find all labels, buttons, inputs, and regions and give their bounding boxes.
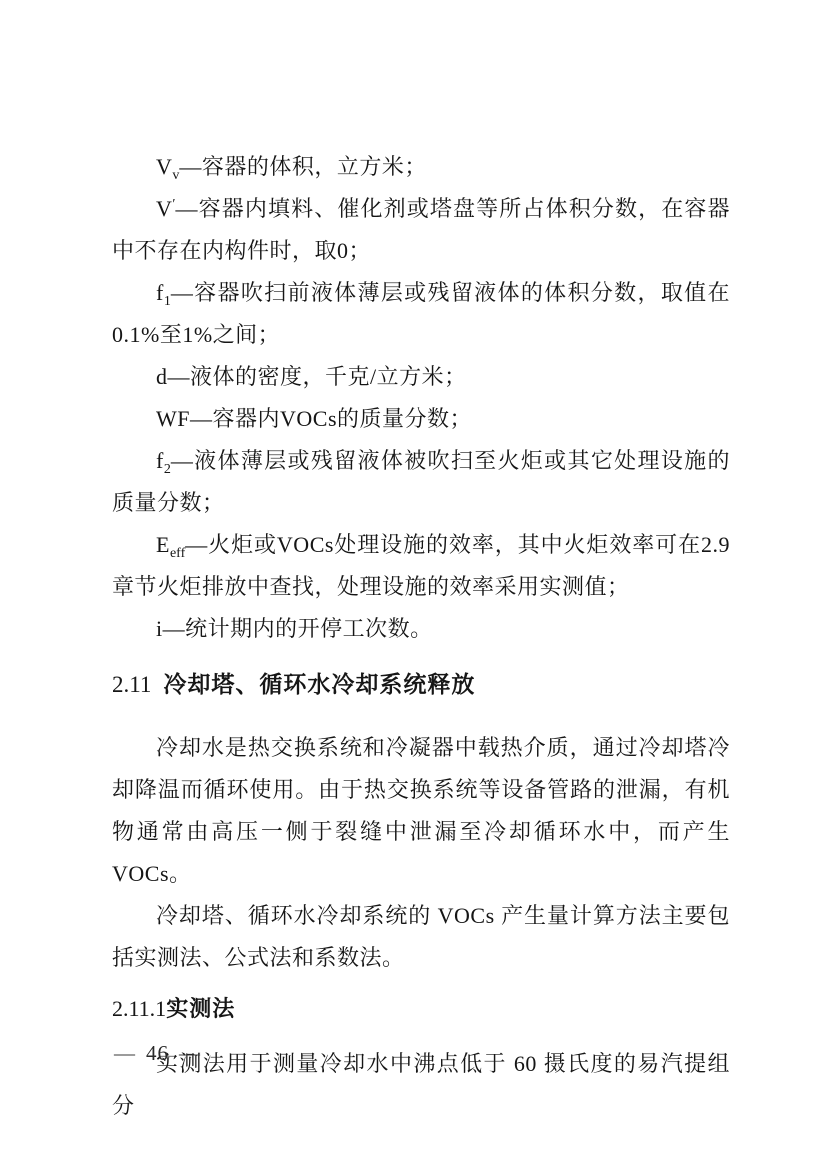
page-number: 46: [146, 1041, 169, 1065]
symbol-f1-subscript: 1: [164, 294, 171, 309]
page-footer: —46—: [114, 1040, 201, 1066]
definition-text-d: —液体的密度，千克/立方米；: [168, 364, 467, 389]
section-number: 2.11: [112, 672, 151, 697]
definition-text-eeff: —火炬或VOCs处理设施的效率，其中火炬效率可在2.9章节火炬排放中查找，处理设…: [112, 532, 730, 599]
section-title: 冷却塔、循环水冷却系统释放: [163, 671, 475, 697]
symbol-f2-subscript: 2: [164, 462, 171, 477]
symbol-vv: V: [156, 154, 172, 179]
page-content: Vv—容器的体积，立方米； V′—容器内填料、催化剂或塔盘等所占体积分数，在容器…: [112, 146, 730, 1127]
definition-text-vprime: —容器内填料、催化剂或塔盘等所占体积分数，在容器中不存在内构件时，取0；: [112, 196, 730, 263]
definition-text-f1: —容器吹扫前液体薄层或残留液体的体积分数，取值在0.1%至1%之间；: [112, 280, 730, 347]
symbol-eeff: E: [156, 532, 170, 557]
symbol-eeff-subscript: eff: [170, 546, 185, 561]
section-heading-2-11-1: 2.11.1实测法: [112, 991, 730, 1027]
definition-line-eeff: Eeff—火炬或VOCs处理设施的效率，其中火炬效率可在2.9章节火炬排放中查找…: [112, 524, 730, 608]
subsection-number: 2.11.1: [112, 996, 166, 1021]
definition-line-f1: f1—容器吹扫前液体薄层或残留液体的体积分数，取值在0.1%至1%之间；: [112, 272, 730, 356]
definition-text-i: —统计期内的开停工次数。: [163, 616, 433, 641]
footer-dash-left: —: [114, 1041, 136, 1065]
definition-text-wf: —容器内VOCs的质量分数；: [190, 406, 472, 431]
definition-line-f2: f2—液体薄层或残留液体被吹扫至火炬或其它处理设施的质量分数；: [112, 440, 730, 524]
symbol-i: i: [156, 616, 163, 641]
section-heading-2-11: 2.11冷却塔、循环水冷却系统释放: [112, 666, 730, 703]
definition-line-vv: Vv—容器的体积，立方米；: [112, 146, 730, 188]
paragraph-cooling-2: 冷却塔、循环水冷却系统的 VOCs 产生量计算方法主要包括实测法、公式法和系数法…: [112, 895, 730, 979]
symbol-vprime: V: [156, 196, 172, 221]
subsection-title: 实测法: [166, 996, 235, 1021]
symbol-wf: WF: [156, 406, 190, 431]
symbol-f1: f: [156, 280, 164, 305]
symbol-d: d: [156, 364, 168, 389]
definition-line-d: d—液体的密度，千克/立方米；: [112, 356, 730, 398]
document-page: Vv—容器的体积，立方米； V′—容器内填料、催化剂或塔盘等所占体积分数，在容器…: [0, 0, 827, 1169]
symbol-f2: f: [156, 448, 164, 473]
paragraph-measured-1: 实测法用于测量冷却水中沸点低于 60 摄氏度的易汽提组分: [112, 1043, 730, 1127]
definition-text-vv: —容器的体积，立方米；: [179, 154, 427, 179]
paragraph-cooling-1: 冷却水是热交换系统和冷凝器中载热介质，通过冷却塔冷却降温而循环使用。由于热交换系…: [112, 727, 730, 895]
definition-text-f2: —液体薄层或残留液体被吹扫至火炬或其它处理设施的质量分数；: [112, 448, 730, 515]
definition-line-wf: WF—容器内VOCs的质量分数；: [112, 398, 730, 440]
footer-dash-right: —: [179, 1041, 201, 1065]
definition-line-vprime: V′—容器内填料、催化剂或塔盘等所占体积分数，在容器中不存在内构件时，取0；: [112, 188, 730, 272]
definition-line-i: i—统计期内的开停工次数。: [112, 608, 730, 650]
